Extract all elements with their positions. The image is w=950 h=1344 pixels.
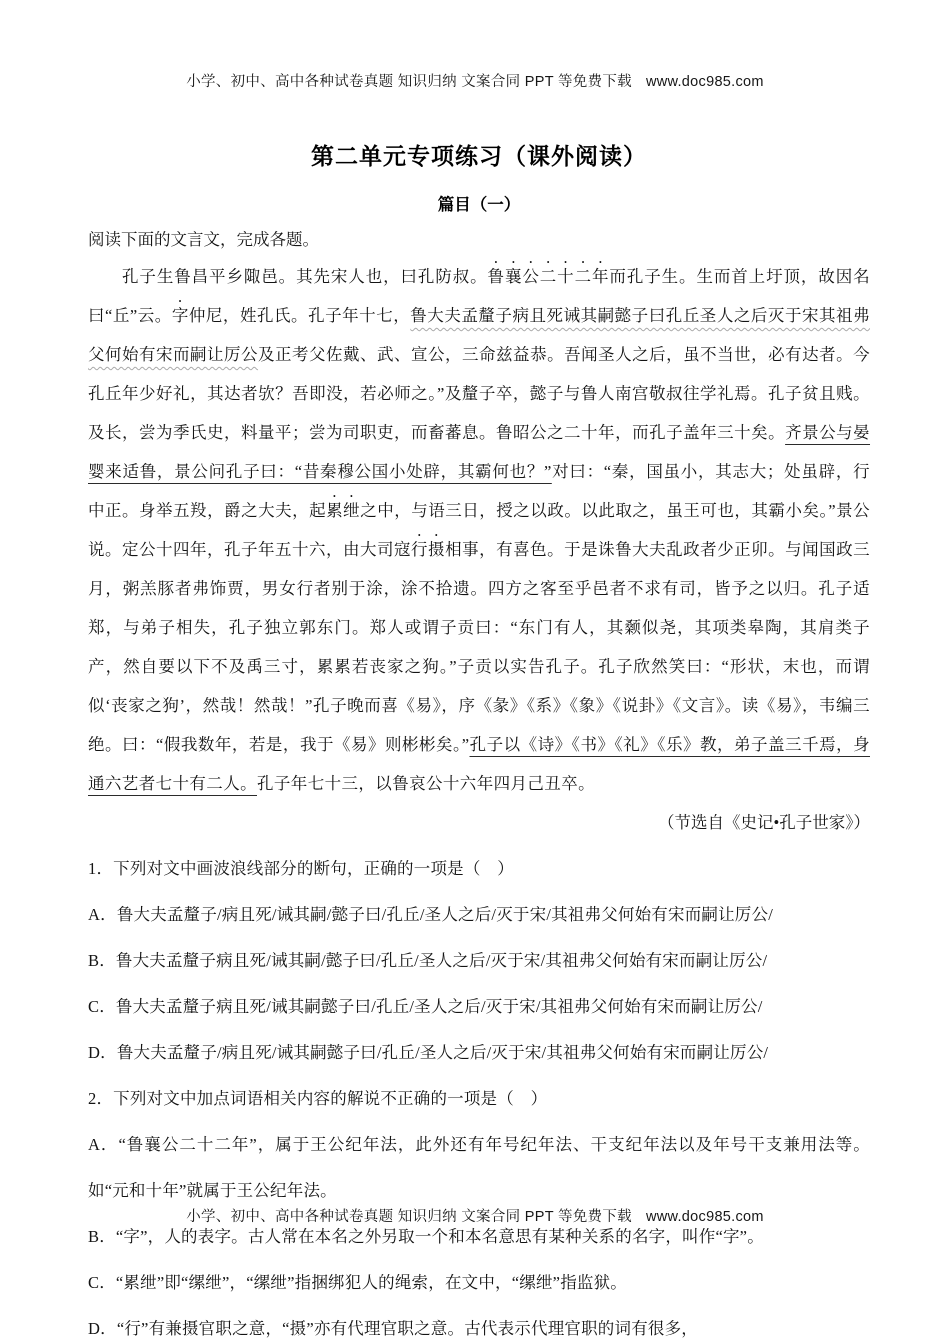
page-title: 第二单元专项练习（课外阅读） — [88, 138, 870, 171]
document-content: 第二单元专项练习（课外阅读） 篇目（一） 阅读下面的文言文，完成各题。 孔子生鲁… — [88, 138, 870, 1344]
question-2-option-C: C．“累绁”即“缧绁”，“缧绁”指捆绑犯人的绳索，在文中，“缧绁”指监狱。 — [88, 1260, 870, 1306]
question-2-stem: 2．下列对文中加点词语相关内容的解说不正确的一项是（ ） — [88, 1076, 870, 1122]
page-header: 小学、初中、高中各种试卷真题 知识归纳 文案合同 PPT 等免费下载www.do… — [0, 70, 950, 91]
question-1-option-D: D．鲁大夫孟釐子/病且死/诫其嗣懿子曰/孔丘/圣人之后/灭于宋/其祖弗父何始有宋… — [88, 1030, 870, 1076]
passage-segment-normal: 相事，有喜色。于是诛鲁大夫乱政者少正卯。与闻国政三月，粥羔豚者弗饰贾，男女行者别… — [88, 540, 870, 754]
header-site-link[interactable]: www.doc985.com — [646, 74, 764, 90]
footer-site-link[interactable]: www.doc985.com — [646, 1209, 764, 1225]
question-list: 1．下列对文中画波浪线部分的断句，正确的一项是（ ）A．鲁大夫孟釐子/病且死/诫… — [88, 846, 870, 1344]
section-subtitle: 篇目（一） — [88, 191, 870, 215]
question-1-option-B: B．鲁大夫孟釐子病且死/诫其嗣/懿子曰/孔丘/圣人之后/灭于宋/其祖弗父何始有宋… — [88, 938, 870, 984]
passage-segment-dots: 行摄 — [411, 540, 445, 559]
passage-segment-dots: 累绁 — [326, 501, 360, 520]
classical-passage: 孔子生鲁昌平乡陬邑。其先宋人也，曰孔防叔。鲁襄公二十二年而孔子生。生而首上圩顶，… — [88, 257, 870, 803]
intro-text: 阅读下面的文言文，完成各题。 — [88, 227, 870, 253]
question-1-option-C: C．鲁大夫孟釐子病且死/诫其嗣懿子曰/孔丘/圣人之后/灭于宋/其祖弗父何始有宋而… — [88, 984, 870, 1030]
passage-segment-dots: 字 — [172, 306, 189, 325]
passage-segment-normal: 仲尼，姓孔氏。孔子年十七， — [189, 306, 410, 325]
passage-source: （节选自《史记•孔子世家》） — [88, 803, 870, 842]
header-text: 小学、初中、高中各种试卷真题 知识归纳 文案合同 PPT 等免费下载 — [186, 74, 632, 90]
passage-segment-dots: 鲁襄公二十二年 — [488, 267, 610, 286]
footer-text: 小学、初中、高中各种试卷真题 知识归纳 文案合同 PPT 等免费下载 — [186, 1209, 632, 1225]
question-1: 1．下列对文中画波浪线部分的断句，正确的一项是（ ）A．鲁大夫孟釐子/病且死/诫… — [88, 846, 870, 1076]
page-footer: 小学、初中、高中各种试卷真题 知识归纳 文案合同 PPT 等免费下载www.do… — [0, 1205, 950, 1226]
question-1-option-A: A．鲁大夫孟釐子/病且死/诫其嗣/懿子曰/孔丘/圣人之后/灭于宋/其祖弗父何始有… — [88, 892, 870, 938]
question-1-stem: 1．下列对文中画波浪线部分的断句，正确的一项是（ ） — [88, 846, 870, 892]
question-2-option-D: D．“行”有兼摄官职之意，“摄”亦有代理官职之意。古代表示代理官职的词有很多， — [88, 1306, 870, 1344]
question-2-option-A: A．“鲁襄公二十二年”，属于王公纪年法，此外还有年号纪年法、干支纪年法以及年号干… — [88, 1122, 870, 1214]
passage-segment-normal: 孔子生鲁昌平乡陬邑。其先宋人也，曰孔防叔。 — [122, 267, 488, 286]
passage-segment-normal: 孔子年七十三，以鲁哀公十六年四月己丑卒。 — [257, 774, 595, 793]
exam-page: 小学、初中、高中各种试卷真题 知识归纳 文案合同 PPT 等免费下载www.do… — [0, 0, 950, 1344]
